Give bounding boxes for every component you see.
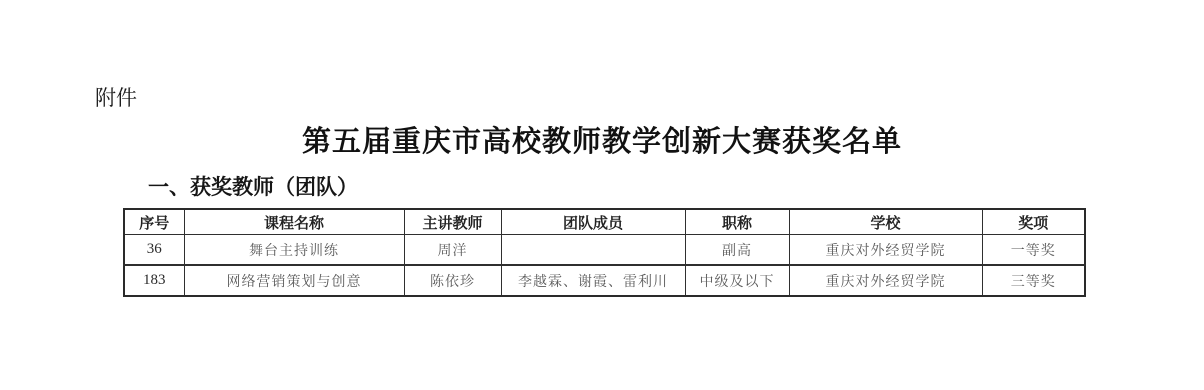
cell-title-rank: 副高 xyxy=(685,235,789,266)
column-header-school: 学校 xyxy=(789,209,982,235)
document-page: 附件 第五届重庆市高校教师教学创新大赛获奖名单 一、获奖教师（团队） 序号 课程… xyxy=(0,0,1204,390)
cell-lead-teacher: 周洋 xyxy=(404,235,501,266)
cell-index: 183 xyxy=(124,265,184,296)
column-header-award: 奖项 xyxy=(982,209,1085,235)
cell-team-members: 李越霖、谢霞、雷利川 xyxy=(501,265,685,296)
document-title: 第五届重庆市高校教师教学创新大赛获奖名单 xyxy=(0,119,1204,160)
cell-course-name: 网络营销策划与创意 xyxy=(184,265,404,296)
cell-lead-teacher: 陈依珍 xyxy=(404,265,501,296)
column-header-lead-teacher: 主讲教师 xyxy=(404,209,501,235)
cell-school: 重庆对外经贸学院 xyxy=(789,265,982,296)
column-header-course-name: 课程名称 xyxy=(184,209,404,235)
column-header-team-members: 团队成员 xyxy=(501,209,685,235)
column-header-index: 序号 xyxy=(124,209,184,235)
table-header-row: 序号 课程名称 主讲教师 团队成员 职称 学校 奖项 xyxy=(124,209,1085,235)
cell-school: 重庆对外经贸学院 xyxy=(789,235,982,266)
cell-award: 一等奖 xyxy=(982,235,1085,266)
cell-team-members xyxy=(501,235,685,266)
cell-index: 36 xyxy=(124,235,184,266)
cell-title-rank: 中级及以下 xyxy=(685,265,789,296)
column-header-title-rank: 职称 xyxy=(685,209,789,235)
cell-award: 三等奖 xyxy=(982,265,1085,296)
table-row: 36 舞台主持训练 周洋 副高 重庆对外经贸学院 一等奖 xyxy=(124,235,1085,266)
table-row: 183 网络营销策划与创意 陈依珍 李越霖、谢霞、雷利川 中级及以下 重庆对外经… xyxy=(124,265,1085,296)
attachment-label: 附件 xyxy=(95,82,137,112)
cell-course-name: 舞台主持训练 xyxy=(184,235,404,266)
awards-table: 序号 课程名称 主讲教师 团队成员 职称 学校 奖项 36 舞台主持训练 周洋 … xyxy=(123,208,1086,297)
section-heading: 一、获奖教师（团队） xyxy=(148,171,358,201)
